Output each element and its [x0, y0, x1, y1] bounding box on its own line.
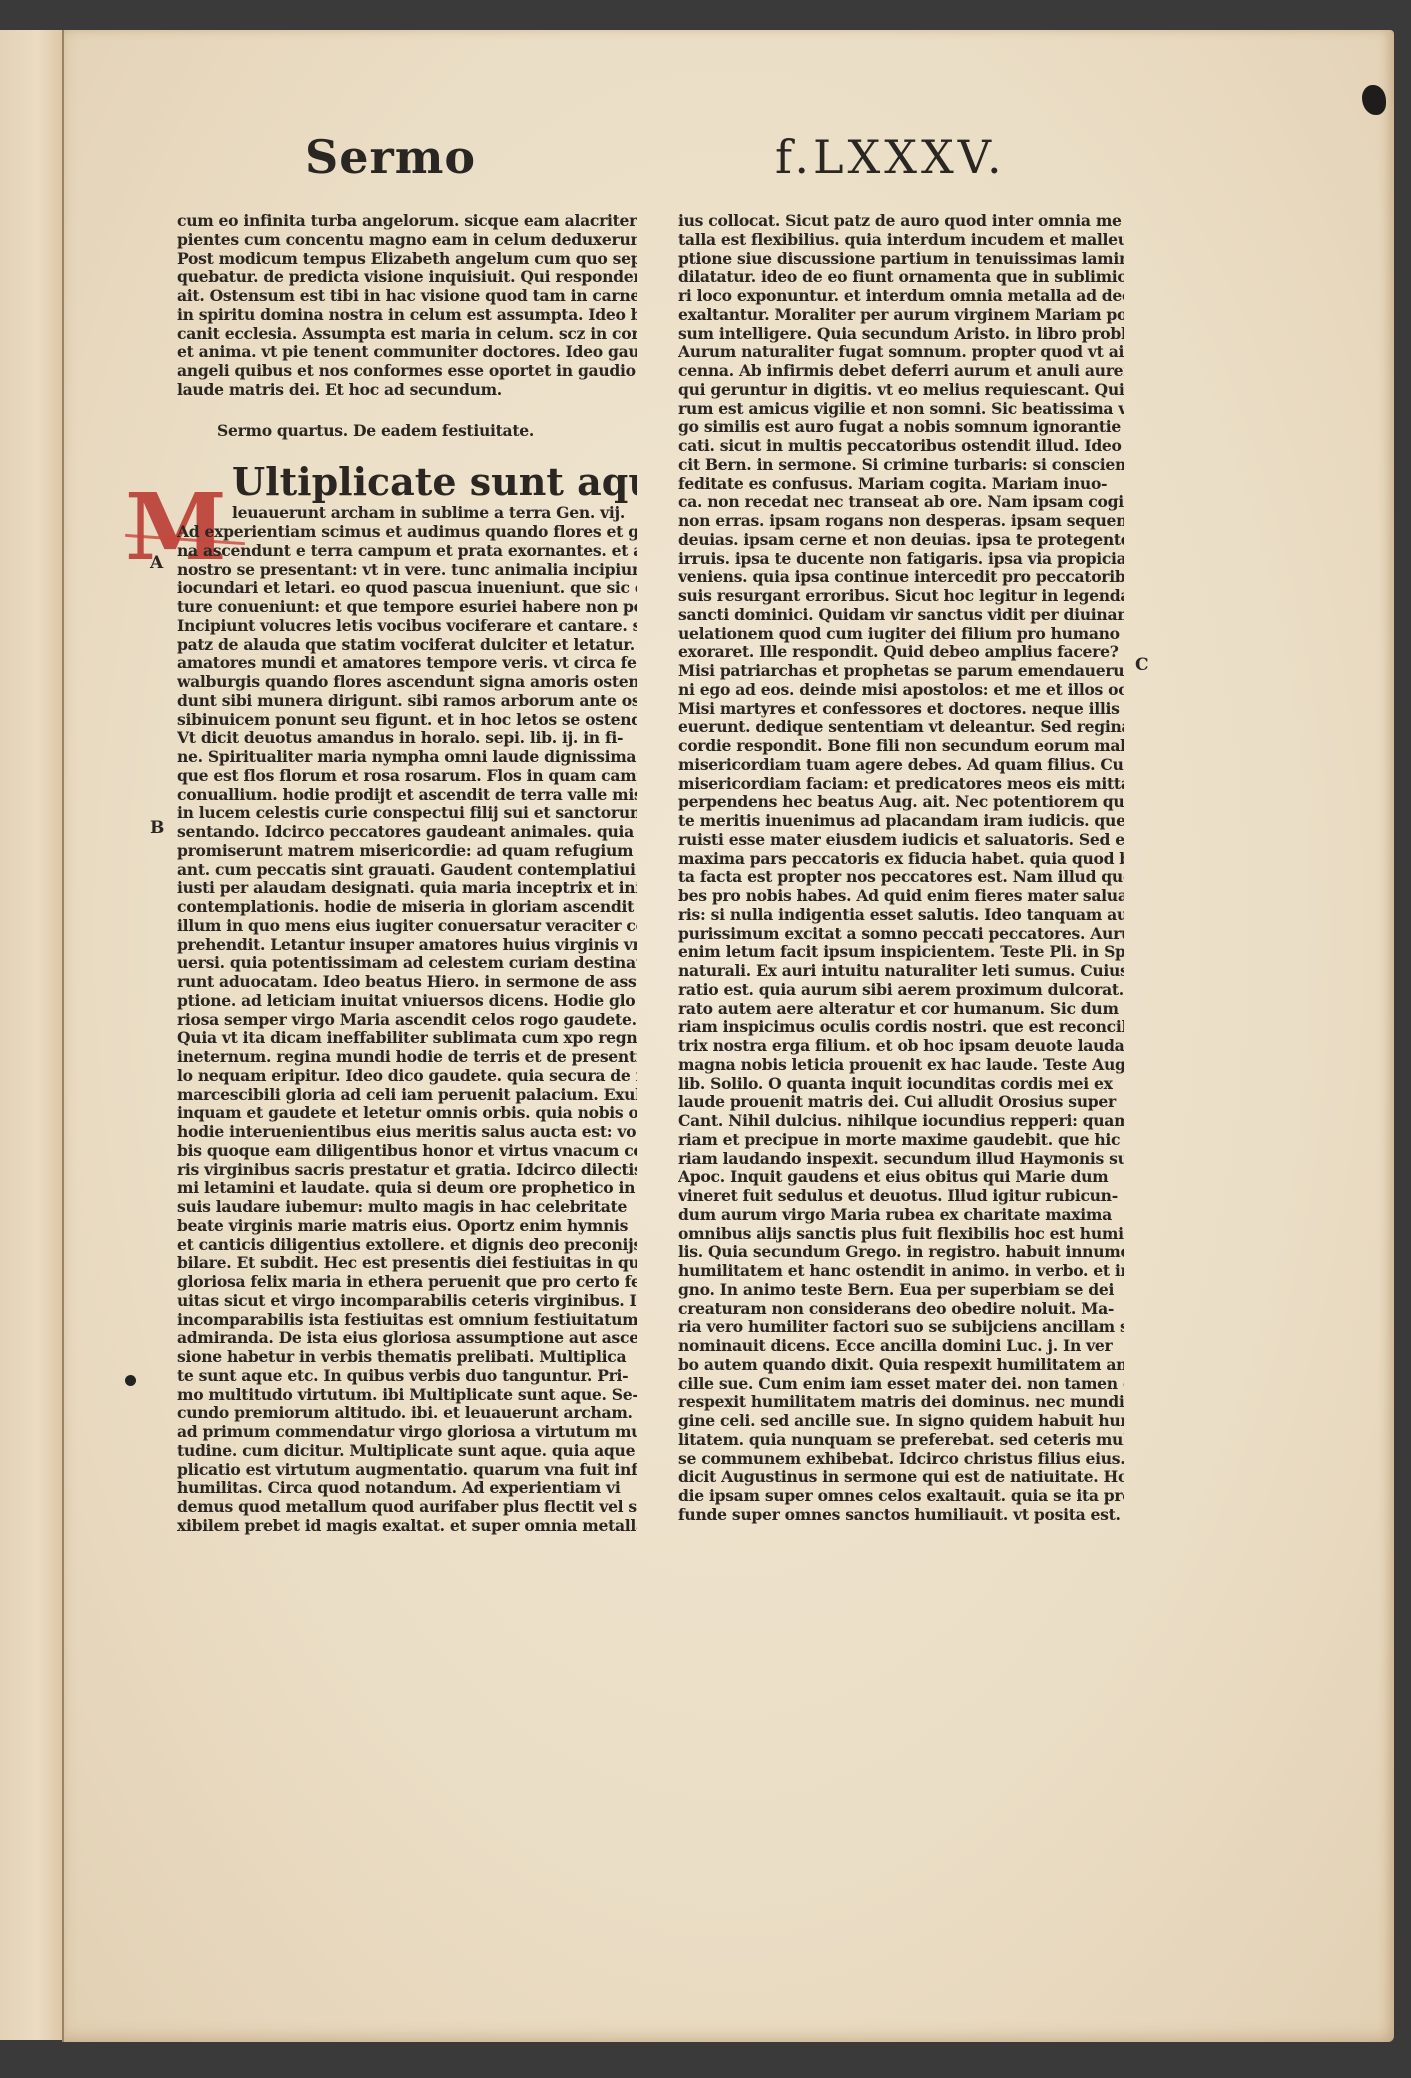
text-line: talla est flexibilius. quia interdum inc…	[678, 231, 1124, 250]
text-line: trix nostra erga filium. et ob hoc ipsam…	[678, 1037, 1124, 1056]
text-line: bes pro nobis habes. Ad quid enim fieres…	[678, 887, 1124, 906]
text-line: nominauit dicens. Ecce ancilla domini Lu…	[678, 1337, 1124, 1356]
text-line: ris virginibus sacris prestatur et grati…	[177, 1161, 637, 1180]
text-line: ca. non recedat nec transeat ab ore. Nam…	[678, 493, 1124, 512]
text-line: ius collocat. Sicut patz de auro quod in…	[678, 212, 1124, 231]
text-line: Vt dicit deuotus amandus in horalo. sepi…	[177, 729, 637, 748]
text-line: laude matris dei. Et hoc ad secundum.	[177, 381, 637, 400]
text-line: riam laudando inspexit. secundum illud H…	[678, 1150, 1124, 1169]
text-line: cenna. Ab infirmis debet deferri aurum e…	[678, 362, 1124, 381]
text-line: humilitas. Circa quod notandum. Ad exper…	[177, 1479, 637, 1498]
text-line: conuallium. hodie prodijt et ascendit de…	[177, 786, 637, 805]
text-line: cundo premiorum altitudo. ibi. et leuaue…	[177, 1404, 637, 1423]
text-line: nostro se presentant: vt in vere. tunc a…	[177, 561, 637, 580]
text-line: leuauerunt archam in sublime a terra Gen…	[177, 504, 637, 523]
text-line: dicit Augustinus in sermone qui est de n…	[678, 1468, 1124, 1487]
text-line: misericordiam tuam agere debes. Ad quam …	[678, 756, 1124, 775]
text-line: ris: si nulla indigentia esset salutis. …	[678, 906, 1124, 925]
text-line: riam inspicimus oculis cordis nostri. qu…	[678, 1018, 1124, 1037]
text-line: Ad experientiam scimus et audimus quando…	[177, 523, 637, 542]
text-line: go similis est auro fugat a nobis somnum…	[678, 418, 1124, 437]
text-line: veniens. quia ipsa continue intercedit p…	[678, 568, 1124, 587]
text-line: vineret fuit sedulus et deuotus. Illud i…	[678, 1187, 1124, 1206]
text-line: ptione siue discussione partium in tenui…	[678, 250, 1124, 269]
text-line: Cant. Nihil dulcius. nihilque iocundius …	[678, 1112, 1124, 1131]
text-line: angeli quibus et nos conformes esse opor…	[177, 362, 637, 381]
text-line: non erras. ipsam rogans non desperas. ip…	[678, 512, 1124, 531]
text-line: patz de alauda que statim vociferat dulc…	[177, 636, 637, 655]
text-line: Quia vt ita dicam ineffabiliter sublimat…	[177, 1029, 637, 1048]
text-line: inquam et gaudete et letetur omnis orbis…	[177, 1104, 637, 1123]
text-line: iocundari et letari. eo quod pascua inue…	[177, 579, 637, 598]
text-line: ne. Spiritualiter maria nympha omni laud…	[177, 748, 637, 767]
text-line: mi letamini et laudate. quia si deum ore…	[177, 1179, 637, 1198]
text-line: sibinuicem ponunt seu figunt. et in hoc …	[177, 711, 637, 730]
text-line: exaltantur. Moraliter per aurum virginem…	[678, 306, 1124, 325]
text-line: rum est amicus vigilie et non somni. Sic…	[678, 400, 1124, 419]
text-line: Aurum naturaliter fugat somnum. propter …	[678, 343, 1124, 362]
margin-dot	[125, 1375, 136, 1386]
facing-page-edge	[0, 30, 62, 2040]
text-line: exoraret. Ille respondit. Quid debeo amp…	[678, 643, 1124, 662]
text-line: irruis. ipsa te ducente non fatigaris. i…	[678, 550, 1124, 569]
text-line: magna nobis leticia prouenit ex hac laud…	[678, 1056, 1124, 1075]
text-line: maxima pars peccatoris ex fiducia habet.…	[678, 850, 1124, 869]
text-line: uelationem quod cum iugiter dei filium p…	[678, 625, 1124, 644]
text-line: omnibus alijs sanctis plus fuit flexibil…	[678, 1225, 1124, 1244]
text-line: Incipiunt volucres letis vocibus vocifer…	[177, 617, 637, 636]
text-line: purissimum excitat a somno peccati pecca…	[678, 925, 1124, 944]
text-line: uitas sicut et virgo incomparabilis cete…	[177, 1292, 637, 1311]
right-text-column: ius collocat. Sicut patz de auro quod in…	[678, 212, 1124, 1525]
text-line: ria vero humiliter factori suo se subijc…	[678, 1318, 1124, 1337]
text-line: na ascendunt e terra campum et prata exo…	[177, 542, 637, 561]
text-line: marcescibili gloria ad celi iam peruenit…	[177, 1086, 637, 1105]
text-line: iusti per alaudam designati. quia maria …	[177, 879, 637, 898]
text-line: lo nequam eripitur. Ideo dico gaudete. q…	[177, 1067, 637, 1086]
text-line: que est flos florum et rosa rosarum. Flo…	[177, 767, 637, 786]
text-line: ture conueniunt: et que tempore esuriei …	[177, 598, 637, 617]
text-line: mo multitudo virtutum. ibi Multiplicate …	[177, 1386, 637, 1405]
ink-blot-mark	[1362, 85, 1386, 115]
text-line: te sunt aque etc. In quibus verbis duo t…	[177, 1367, 637, 1386]
sermon-incipit: Ultiplicate sunt aque et	[177, 462, 637, 504]
text-line: Apoc. Inquit gaudens et eius obitus qui …	[678, 1168, 1124, 1187]
text-line: bis quoque eam diligentibus honor et vir…	[177, 1142, 637, 1161]
text-line: rato autem aere alteratur et cor humanum…	[678, 1000, 1124, 1019]
sermon-subheading: Sermo quartus. De eadem festiuitate.	[177, 422, 637, 441]
text-line: walburgis quando flores ascendunt signa …	[177, 673, 637, 692]
text-line: ri loco exponuntur. et interdum omnia me…	[678, 287, 1124, 306]
text-line: dum aurum virgo Maria rubea ex charitate…	[678, 1206, 1124, 1225]
text-line: uersi. quia potentissimam ad celestem cu…	[177, 954, 637, 973]
text-line: sentando. Idcirco peccatores gaudeant an…	[177, 823, 637, 842]
margin-letter-b: B	[150, 818, 164, 838]
text-line: contemplationis. hodie de miseria in glo…	[177, 898, 637, 917]
text-line: dilatatur. ideo de eo fiunt ornamenta qu…	[678, 268, 1124, 287]
text-line: creaturam non considerans deo obedire no…	[678, 1300, 1124, 1319]
text-line: quebatur. de predicta visione inquisiuit…	[177, 268, 637, 287]
text-line: xibilem prebet id magis exaltat. et supe…	[177, 1517, 637, 1536]
text-line: plicatio est virtutum augmentatio. quaru…	[177, 1461, 637, 1480]
text-line: promiserunt matrem misericordie: ad quam…	[177, 842, 637, 861]
folio-number: f.LXXXV.	[775, 130, 1006, 184]
text-line: perpendens hec beatus Aug. ait. Nec pote…	[678, 793, 1124, 812]
text-line: cit Bern. in sermone. Si crimine turbari…	[678, 456, 1124, 475]
text-line: dunt sibi munera dirigunt. sibi ramos ar…	[177, 692, 637, 711]
text-line: hodie interuenientibus eius meritis salu…	[177, 1123, 637, 1142]
text-line: in spiritu domina nostra in celum est as…	[177, 306, 637, 325]
text-line: riam et precipue in morte maxime gaudebi…	[678, 1131, 1124, 1150]
text-line: pientes cum concentu magno eam in celum …	[177, 231, 637, 250]
text-line: cordie respondit. Bone fili non secundum…	[678, 737, 1124, 756]
text-line: gno. In animo teste Bern. Eua per superb…	[678, 1281, 1124, 1300]
text-line: et canticis diligentius extollere. et di…	[177, 1236, 637, 1255]
text-line: naturali. Ex auri intuitu naturaliter le…	[678, 962, 1124, 981]
text-line: amatores mundi et amatores tempore veris…	[177, 654, 637, 673]
text-line: lib. Solilo. O quanta inquit iocunditas …	[678, 1075, 1124, 1094]
text-line: suis resurgant erroribus. Sicut hoc legi…	[678, 587, 1124, 606]
text-line: bo autem quando dixit. Quia respexit hum…	[678, 1356, 1124, 1375]
text-line: sancti dominici. Quidam vir sanctus vidi…	[678, 606, 1124, 625]
text-line: demus quod metallum quod aurifaber plus …	[177, 1498, 637, 1517]
text-line: riosa semper virgo Maria ascendit celos …	[177, 1011, 637, 1030]
text-line: cum eo infinita turba angelorum. sicque …	[177, 212, 637, 231]
text-line: incomparabilis ista festiuitas est omniu…	[177, 1311, 637, 1330]
left-text-column: cum eo infinita turba angelorum. sicque …	[177, 212, 637, 1536]
text-line: Misi martyres et confessores et doctores…	[678, 700, 1124, 719]
text-line: ruisti esse mater eiusdem iudicis et sal…	[678, 831, 1124, 850]
text-line: ad primum commendatur virgo gloriosa a v…	[177, 1423, 637, 1442]
running-head-title: Sermo	[305, 130, 476, 184]
text-line: admiranda. De ista eius gloriosa assumpt…	[177, 1329, 637, 1348]
text-line: laude prouenit matris dei. Cui alludit O…	[678, 1093, 1124, 1112]
text-line: feditate es confusus. Mariam cogita. Mar…	[678, 475, 1124, 494]
text-line: ni ego ad eos. deinde misi apostolos: et…	[678, 681, 1124, 700]
text-line: litatem. quia nunquam se preferebat. sed…	[678, 1431, 1124, 1450]
text-line: sum intelligere. Quia secundum Aristo. i…	[678, 325, 1124, 344]
text-line: deuias. ipsam cerne et non deuias. ipsa …	[678, 531, 1124, 550]
text-line: enim letum facit ipsum inspicientem. Tes…	[678, 943, 1124, 962]
text-line: se communem exhibebat. Idcirco christus …	[678, 1450, 1124, 1469]
text-line: bilare. Et subdit. Hec est presentis die…	[177, 1254, 637, 1273]
text-line: canit ecclesia. Assumpta est maria in ce…	[177, 325, 637, 344]
text-line: ta facta est propter nos peccatores est.…	[678, 868, 1124, 887]
text-line: cati. sicut in multis peccatoribus osten…	[678, 437, 1124, 456]
text-line: lis. Quia secundum Grego. in registro. h…	[678, 1243, 1124, 1262]
text-line: suis laudare iubemur: multo magis in hac…	[177, 1198, 637, 1217]
text-line: illum in quo mens eius iugiter conuersat…	[177, 917, 637, 936]
text-line: die ipsam super omnes celos exaltauit. q…	[678, 1487, 1124, 1506]
text-line: Misi patriarchas et prophetas se parum e…	[678, 662, 1124, 681]
text-line: prehendit. Letantur insuper amatores hui…	[177, 936, 637, 955]
text-line: respexit humilitatem matris dei dominus.…	[678, 1393, 1124, 1412]
text-line: gine celi. sed ancille sue. In signo qui…	[678, 1412, 1124, 1431]
margin-letter-c: C	[1135, 655, 1149, 675]
text-line: ait. Ostensum est tibi in hac visione qu…	[177, 287, 637, 306]
text-line: euerunt. dedique sententiam vt deleantur…	[678, 718, 1124, 737]
text-line: ant. cum peccatis sint grauati. Gaudent …	[177, 861, 637, 880]
text-line: in lucem celestis curie conspectui filij…	[177, 804, 637, 823]
margin-letter-a: A	[150, 553, 163, 573]
text-line: runt aduocatam. Ideo beatus Hiero. in se…	[177, 973, 637, 992]
text-line: ptione. ad leticiam inuitat vniuersos di…	[177, 992, 637, 1011]
text-line: sione habetur in verbis thematis preliba…	[177, 1348, 637, 1367]
text-line: funde super omnes sanctos humiliauit. vt…	[678, 1506, 1124, 1525]
text-line: et anima. vt pie tenent communiter docto…	[177, 343, 637, 362]
text-line: ineternum. regina mundi hodie de terris …	[177, 1048, 637, 1067]
text-line: gloriosa felix maria in ethera peruenit …	[177, 1273, 637, 1292]
text-line: ratio est. quia aurum sibi aerem proximu…	[678, 981, 1124, 1000]
text-line: Post modicum tempus Elizabeth angelum cu…	[177, 250, 637, 269]
text-line: tudine. cum dicitur. Multiplicate sunt a…	[177, 1442, 637, 1461]
text-line: misericordiam faciam: et predicatores me…	[678, 775, 1124, 794]
text-line: beate virginis marie matris eius. Oportz…	[177, 1217, 637, 1236]
text-line: te meritis inuenimus ad placandam iram i…	[678, 812, 1124, 831]
text-line: qui geruntur in digitis. vt eo melius re…	[678, 381, 1124, 400]
text-line: cille sue. Cum enim iam esset mater dei.…	[678, 1375, 1124, 1394]
text-line: humilitatem et hanc ostendit in animo. i…	[678, 1262, 1124, 1281]
